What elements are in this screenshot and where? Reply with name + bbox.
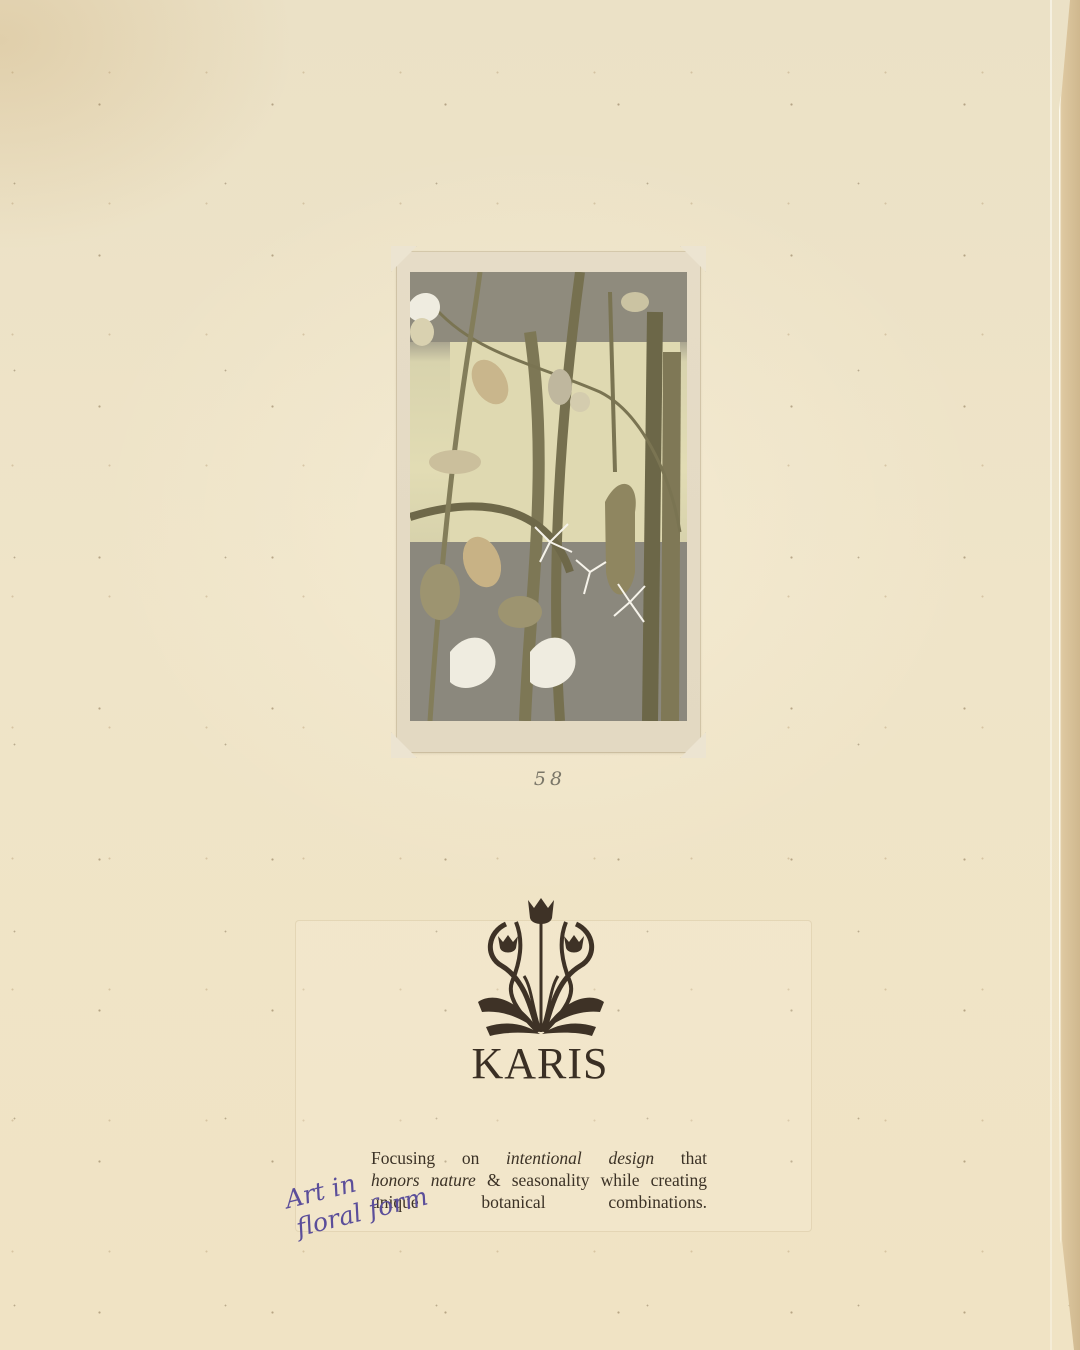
- tagline-text: on: [462, 1148, 480, 1168]
- album-page: 58 KARIS Focusing on: [0, 0, 1080, 1350]
- tagline-text: botanical: [481, 1192, 545, 1212]
- tagline-text: combinations.: [608, 1192, 707, 1212]
- tagline-emphasis: intentional: [506, 1148, 582, 1168]
- tagline-text: that: [681, 1148, 707, 1168]
- tulip-ornament-icon: [476, 892, 606, 1042]
- photo-corner-top-left: [391, 246, 417, 272]
- tagline-emphasis: design: [608, 1148, 654, 1168]
- photo-mount: [397, 252, 700, 752]
- photo-corner-bottom-right: [680, 732, 706, 758]
- brand-name: KARIS: [440, 1042, 640, 1086]
- botanical-photo: [410, 272, 687, 721]
- tagline-text: & seasonality while creating: [487, 1170, 707, 1190]
- orchid-illustration: [410, 272, 687, 721]
- page-fold-line: [1050, 0, 1052, 1350]
- page-number: 58: [528, 768, 572, 790]
